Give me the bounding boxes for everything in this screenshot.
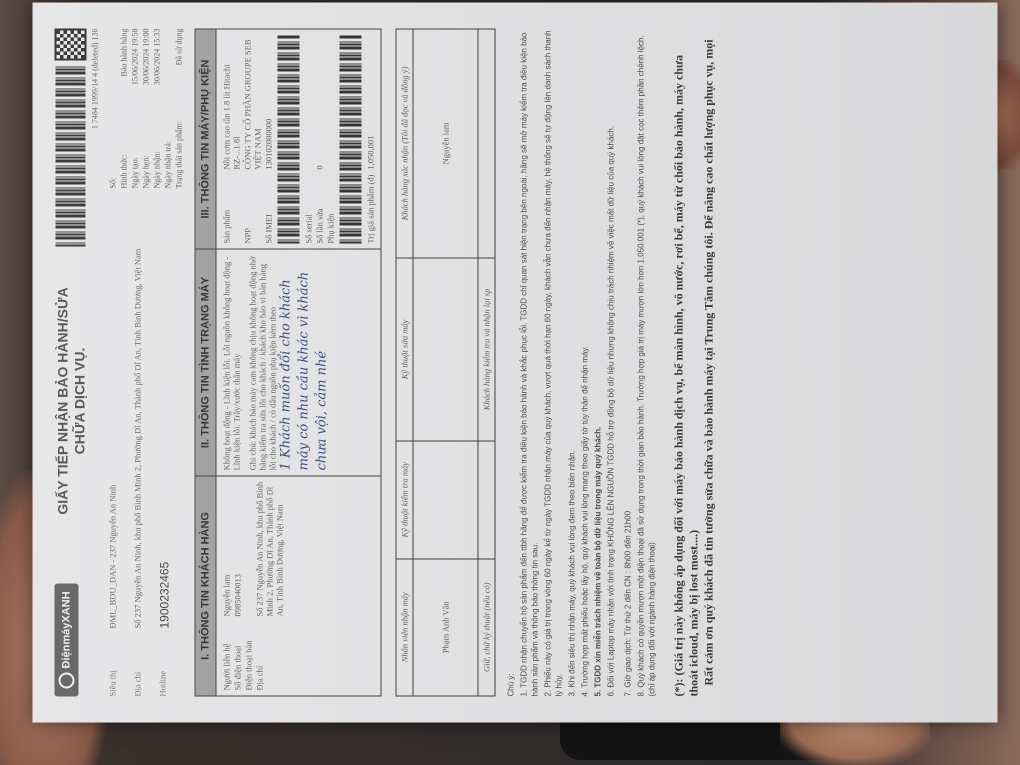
store-address-label: Địa chỉ xyxy=(133,637,156,697)
sign-inspector xyxy=(413,441,478,559)
note-item: 7. Giờ giao dịch: Từ thứ 2 đến CN : 8h00… xyxy=(623,29,634,697)
info-table: I. THÔNG TIN KHÁCH HÀNG II. THÔNG TIN TÌ… xyxy=(195,29,382,697)
serial-barcode-icon xyxy=(340,35,362,244)
title-line-2: CHỮA DỊCH VỤ. xyxy=(72,233,89,570)
sign-header-receiver: Nhân viên nhận máy xyxy=(396,559,413,696)
field-row: Số: xyxy=(108,29,119,189)
sign-receiver: Phạm Anh Văn xyxy=(413,559,478,696)
product-name: Nồi cơm cao tần 1.8 lít Hitachi RZ-...1.… xyxy=(222,35,242,170)
field-row: Trạng thái sản phẩm:Đã sử dụng xyxy=(174,29,185,189)
brand-mark-icon xyxy=(59,673,75,689)
title-line-1: GIẤY TIẾP NHẬN BẢO HÀNH/SỬA xyxy=(55,233,72,570)
hotline-value: 1900232465 xyxy=(158,197,185,629)
service-receipt: ĐiệnmáyXANH GIẤY TIẾP NHẬN BẢO HÀNH/SỬA … xyxy=(33,3,998,723)
note-item: 5. TGDD xin miễn trách nhiệm về toàn bộ … xyxy=(593,29,604,697)
paper-wrapper: ĐiệnmáyXANH GIẤY TIẾP NHẬN BẢO HÀNH/SỬA … xyxy=(30,0,1020,755)
document-title: GIẤY TIẾP NHẬN BẢO HÀNH/SỬA CHỮA DỊCH VỤ… xyxy=(55,233,89,570)
receipt-header: ĐiệnmáyXANH GIẤY TIẾP NHẬN BẢO HÀNH/SỬA … xyxy=(55,29,100,697)
sign-footer-2 xyxy=(478,441,495,559)
condition-section-heading: II. THÔNG TIN TÌNH TRẠNG MÁY xyxy=(195,249,216,476)
footer-thanks: Rất cảm ơn quý khách đã tin tưởng sửa ch… xyxy=(702,29,717,697)
store-name-label: Siêu thị xyxy=(108,637,131,697)
customer-landline xyxy=(244,481,254,616)
device-section-heading: III. THÔNG TIN MÁY/PHỤ KIỆN xyxy=(195,29,216,249)
product-value: 1,050,001 xyxy=(366,35,376,170)
store-address-value: Số 237 Nguyễn An Ninh, khu phố Bình Minh… xyxy=(133,197,156,629)
footer-disclaimer: (*): (Giá trị này không áp dụng đối với … xyxy=(672,29,702,697)
condition-note: Ghi chú: khách báo máy cam không chịu kh… xyxy=(248,255,278,471)
distributor: CÔNG TY CỔ PHẦN GROUPE SEB VIỆT NAM xyxy=(243,35,263,170)
imei-barcode-icon xyxy=(278,35,300,244)
condition-info: Không hoạt động - Lĩnh kiện lỗi. Lỗi ngu… xyxy=(216,249,381,476)
note-item: 6. Đối với Laptop máy nhận với tình trạn… xyxy=(606,29,617,697)
notes-heading: Chú ý: xyxy=(506,29,517,697)
store-name-value: ĐML_BDU_DAN - 237 Nguyễn An Ninh xyxy=(108,197,131,629)
repair-count: 0 xyxy=(315,35,325,170)
note-item: 3. Khi đến siêu thị nhận máy, quý khách … xyxy=(567,29,578,697)
condition-description: Không hoạt động - Lĩnh kiện lỗi. Lỗi ngu… xyxy=(222,255,242,471)
sign-technician xyxy=(413,258,478,441)
sign-footer-3: Khách hàng kiểm tra và nhận lại sp xyxy=(478,258,495,441)
store-info: Siêu thị ĐML_BDU_DAN - 237 Nguyễn An Nin… xyxy=(108,29,185,697)
brand-logo: ĐiệnmáyXANH xyxy=(55,583,79,696)
barcode-number: 1 7484 1999/14 4 (deleted) 136 xyxy=(91,29,100,130)
customer-info: Người liên hệNguyễn lam Số điện thoại098… xyxy=(216,476,381,696)
note-item: 1. TGDD nhận chuyển hộ sản phẩm đến ttbh… xyxy=(519,29,541,697)
field-row: Ngày nhận trả: xyxy=(163,29,174,189)
sign-header-technician: Kỹ thuật sửa máy xyxy=(396,258,413,441)
customer-address: Số 237 Nguyễn An Ninh, khu phố Bình Minh… xyxy=(255,481,285,616)
brand-name: ĐiệnmáyXANH xyxy=(61,591,73,668)
receipt-fields: Số: Hình thức:Bảo hành hãng Ngày tạo:15/… xyxy=(108,29,185,189)
serial xyxy=(304,35,314,170)
sign-footer-1: Giữ, chữ ký thuật (nếu có) xyxy=(478,559,495,696)
hotline-label: Hotline xyxy=(158,637,185,697)
handwritten-note: 1 Khách muốn đổi cho khách máy có nhu cầ… xyxy=(278,255,332,471)
signature-table: Nhân viên nhận máy Kỹ thuật kiểm tra máy… xyxy=(396,29,496,697)
footer-text: (*): (Giá trị này không áp dụng đối với … xyxy=(672,29,717,697)
accessories xyxy=(326,35,336,170)
customer-section-heading: I. THÔNG TIN KHÁCH HÀNG xyxy=(195,476,216,696)
notes-section: Chú ý: 1. TGDD nhận chuyển hộ sản phẩm đ… xyxy=(506,29,658,697)
note-item: 8. Quý khách có quyền mượn một điện thoạ… xyxy=(636,29,658,697)
field-row: Ngày tạo:15/06/2024 19:58 xyxy=(130,29,141,189)
field-row: Hình thức:Bảo hành hãng xyxy=(119,29,130,189)
customer-name: Nguyễn lam xyxy=(222,481,232,616)
barcode-icon xyxy=(56,67,86,247)
note-item: 4. Trường hợp mất phiếu hoặc lấy hộ, quý… xyxy=(580,29,591,697)
field-row: Ngày hẹn:30/06/2024 19:00 xyxy=(141,29,152,189)
sign-footer-4 xyxy=(478,29,495,258)
sign-customer: Nguyễn lam xyxy=(413,29,478,258)
sign-header-inspector: Kỹ thuật kiểm tra máy xyxy=(396,441,413,559)
field-row: Ngày nhận:30/06/2024 15:33 xyxy=(152,29,163,189)
qr-code-icon xyxy=(55,29,87,61)
sign-header-customer: Khách hàng xác nhận (Tôi đã đọc và đồng … xyxy=(396,29,413,258)
imei: 130102000000 xyxy=(264,35,274,170)
note-item: 2. Phiếu này có giá trị trong vòng 60 ng… xyxy=(543,29,565,697)
device-info: Sản phẩmNồi cơm cao tần 1.8 lít Hitachi … xyxy=(216,29,381,249)
barcode-block: 1 7484 1999/14 4 (deleted) 136 xyxy=(55,29,100,219)
customer-phone: 0985040013 xyxy=(233,481,243,616)
